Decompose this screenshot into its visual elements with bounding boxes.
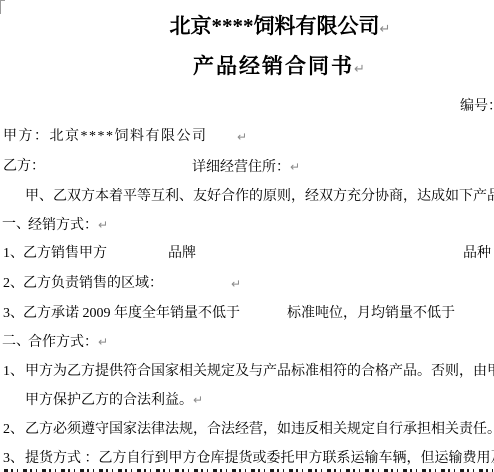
section1-item1-text3: 品种 (463, 244, 491, 264)
party-a-line: 甲方：北京****饲料有限公司 ↵ (0, 127, 494, 147)
paragraph-mark-icon: ↵ (290, 160, 300, 174)
section1-item1-line: 1、 乙方销售甲方 品牌 品种 (0, 244, 494, 264)
address-label: 详细经营住所： (192, 160, 290, 175)
section1-item3-text2: 标准吨位，月均销量不低于 (287, 304, 455, 324)
section1-item2-line: 2、 乙方负责销售的区域： ↵ (0, 274, 494, 294)
section1-heading-line: 一、 经销方式：↵ (0, 215, 494, 235)
preamble: 甲、乙双方本着平等互利、友好合作的原则，经双方充分协商，达成如下产品 (25, 187, 494, 207)
item-number: 2、 (3, 274, 24, 294)
paragraph-mark-icon: ↵ (354, 62, 367, 77)
section2-item2-line: 2、 乙方必须遵守国家法律法规，合法经营，如违反相关规定自行承担相关责任。 (0, 420, 494, 440)
doc-number-label: 编号： (460, 97, 494, 117)
item-number: 2、 (3, 420, 24, 440)
paragraph-mark-icon: ↵ (98, 335, 108, 349)
item-number: 1、 (3, 362, 24, 382)
section2-item1-text: 甲方为乙方提供符合国家相关规定及与产品标准相符的合格产品。否则，由甲 (25, 362, 494, 382)
section2-item3-text: 提货方式 ：乙方自行到甲方仓库提货或委托甲方联系运输车辆，但运输费用及 (25, 449, 494, 469)
section1-item1-text2: 品牌 (168, 244, 196, 264)
text-boundary-mark (0, 0, 5, 14)
section2-item2-text: 乙方必须遵守国家法律法规，合法经营，如违反相关规定自行承担相关责任。 (25, 420, 494, 440)
section1-item2-text: 乙方负责销售的区域： (23, 274, 163, 294)
item-number: 1、 (3, 244, 24, 264)
item-number: 3、 (3, 449, 24, 469)
section2-item1-line2: 甲方保护乙方的合法利益。↵ (0, 390, 494, 410)
section1-item1-text1: 乙方销售甲方 (23, 244, 107, 264)
section2-item1-continuation-wrap: 甲方保护乙方的合法利益。↵ (25, 390, 203, 411)
party-b-label: 乙方： (3, 157, 45, 177)
section2-heading-wrap: 合作方式：↵ (28, 332, 108, 353)
doc-subtitle-line: 产品经销合同书↵ (0, 53, 494, 83)
party-b-line: 乙方： 详细经营住所：↵ (0, 157, 494, 177)
paragraph-mark-icon: ↵ (237, 127, 247, 147)
paragraph-mark-icon: ↵ (98, 218, 108, 232)
paragraph-mark-icon: ↵ (193, 393, 203, 407)
section2-heading-line: 二、 合作方式：↵ (0, 332, 494, 352)
party-a-text: 甲方：北京****饲料有限公司 (3, 127, 208, 147)
paragraph-mark-icon: ↵ (380, 22, 391, 37)
doc-number-line: 编号： (0, 97, 494, 117)
section1-heading-wrap: 经销方式：↵ (28, 215, 108, 236)
paragraph-mark-icon: ↵ (231, 274, 241, 294)
section1-heading: 经销方式： (28, 218, 98, 233)
address-label-wrap: 详细经营住所：↵ (192, 157, 300, 178)
section1-number: 一、 (2, 215, 30, 235)
doc-subtitle: 产品经销合同书 (193, 54, 354, 78)
section2-number: 二、 (2, 332, 30, 352)
section2-item3-line: 3、 提货方式 ：乙方自行到甲方仓库提货或委托甲方联系运输车辆，但运输费用及 (0, 449, 494, 469)
section2-item1-line1: 1、 甲方为乙方提供符合国家相关规定及与产品标准相符的合格产品。否则，由甲 (0, 362, 494, 382)
section2-item1-continuation: 甲方保护乙方的合法利益。 (25, 393, 193, 408)
doc-title: 北京****饲料有限公司 (170, 14, 380, 38)
section1-item3-text1: 乙方承诺 2009 年度全年销量不低于 (23, 304, 240, 324)
item-number: 3、 (3, 304, 24, 324)
doc-title-line: 北京****饲料有限公司↵ (0, 13, 494, 43)
section2-heading: 合作方式： (28, 335, 98, 350)
section1-item3-line: 3、 乙方承诺 2009 年度全年销量不低于 标准吨位，月均销量不低于 (0, 304, 494, 324)
